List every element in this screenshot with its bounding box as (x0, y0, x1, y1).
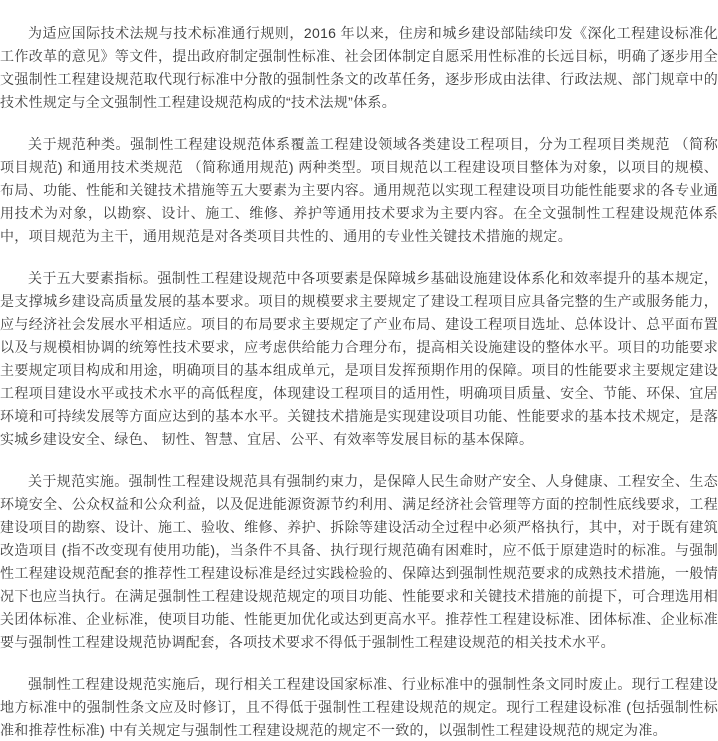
paragraph-norm-types: 关于规范种类。强制性工程建设规范体系覆盖工程建设领域各类建设工程项目，分为工程项… (0, 133, 718, 248)
paragraph-reform-background: 为适应国际技术法规与技术标准通行规则，2016 年以来，住房和城乡建设部陆续印发… (0, 22, 718, 114)
paragraph-norm-implementation: 关于规范实施。强制性工程建设规范具有强制约束力，是保障人民生命财产安全、人身健康… (0, 470, 718, 654)
paragraph-five-elements: 关于五大要素指标。强制性工程建设规范中各项要素是保障城乡基础设施建设体系化和效率… (0, 267, 718, 451)
paragraph-supersession-rules: 强制性工程建设规范实施后，现行相关工程建设国家标准、行业标准中的强制性条文同时废… (0, 673, 718, 741)
document-page: 为适应国际技术法规与技术标准通行规则，2016 年以来，住房和城乡建设部陆续印发… (0, 0, 718, 741)
